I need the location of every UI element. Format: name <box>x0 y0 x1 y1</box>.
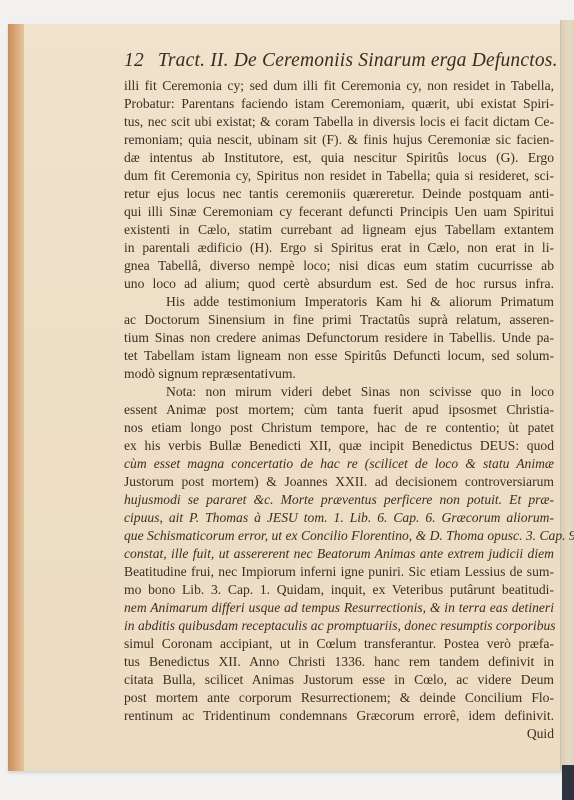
text-line: essent Animæ post mortem; cùm tanta fuer… <box>124 401 554 419</box>
next-page-strip <box>560 20 574 770</box>
text-line: constat, ille fuit, ut assererent nec Be… <box>124 545 554 563</box>
text-line: hujusmodi se pararet &c. Morte præventus… <box>124 491 554 509</box>
text-line: remoniam; quia nescit, ubinam sit (F). &… <box>124 131 554 149</box>
text-line: post mortem ante corporum Resurrectionem… <box>124 689 554 707</box>
text-line: nem Animarum differi usque ad tempus Res… <box>124 599 554 617</box>
text-line: modò signum repræsentativum. <box>124 365 554 383</box>
text-line: Beatitudine frui, nec Impiorum inferni i… <box>124 563 554 581</box>
text-line: ac Doctorum Sinensium in fine primi Trac… <box>124 311 554 329</box>
running-head: 12Tract. II. De Ceremoniis Sinarum erga … <box>124 50 554 72</box>
text-line: cùm esset magna concertatio de hac re (s… <box>124 455 554 473</box>
body-text: illi fit Ceremonia cy; sed dum illi fit … <box>124 77 554 743</box>
text-line: tus, nec scit ubi existat; & coram Tabel… <box>124 113 554 131</box>
text-line: in parentali ædificio (H). Ergo si Spiri… <box>124 239 554 257</box>
text-line: ex his verbis Bullæ Benedicti XII, quæ i… <box>124 437 554 455</box>
text-line: retur ejus locus nec tantis ceremoniis q… <box>124 185 554 203</box>
text-line: in abditis quibusdam receptaculis ac pro… <box>124 617 554 635</box>
text-line: His adde testimonium Imperatoris Kam hi … <box>124 293 554 311</box>
book-clip <box>562 765 574 800</box>
text-line: tet Tabellam istam ligneam non esse Spir… <box>124 347 554 365</box>
text-line: tium Sinas non credere animas Defunctoru… <box>124 329 554 347</box>
catchword: Quid <box>124 725 554 743</box>
page-number: 12 <box>124 50 144 71</box>
text-line: mo bono Lib. 3. Cap. 1. Quidam, inquit, … <box>124 581 554 599</box>
text-line: Justorum post mortem) & Joannes XXII. ad… <box>124 473 554 491</box>
text-line: illi fit Ceremonia cy; sed dum illi fit … <box>124 77 554 95</box>
text-line: gnea Tabellâ, diverso nempè loco; nisi d… <box>124 257 554 275</box>
text-line: que Schismaticorum error, ut ex Concilio… <box>124 527 554 545</box>
text-line: simul Coronam accipiant, ut in Cœlum tra… <box>124 635 554 653</box>
text-line: Probatur: Parentans faciendo istam Cerem… <box>124 95 554 113</box>
text-line: existenti in Cælo, statim currebant ad l… <box>124 221 554 239</box>
text-line: citata Bulla, scilicet Animas Justorum e… <box>124 671 554 689</box>
running-head-title: Tract. II. De Ceremoniis Sinarum erga De… <box>158 50 558 71</box>
page-edge <box>8 24 24 771</box>
text-line: dæ intentus ab Institutore, est, quia ne… <box>124 149 554 167</box>
text-line: rentinum ac Tridentinum condemnans Græco… <box>124 707 554 725</box>
text-line: qui illi Sinæ Ceremoniam cy fecerant def… <box>124 203 554 221</box>
scan-viewer: 12Tract. II. De Ceremoniis Sinarum erga … <box>0 0 574 800</box>
text-line: cipuus, ait P. Thomas à JESU tom. 1. Lib… <box>124 509 554 527</box>
text-line: uno loco ad alium; quod certè absurdum e… <box>124 275 554 293</box>
text-line: dum fit Ceremonia cy, Spiritus non resid… <box>124 167 554 185</box>
text-line: Nota: non mirum videri debet Sinas non s… <box>124 383 554 401</box>
text-line: nos etiam longo post Christum tempore, h… <box>124 419 554 437</box>
text-line: tus Benedictus XII. Anno Christi 1336. h… <box>124 653 554 671</box>
